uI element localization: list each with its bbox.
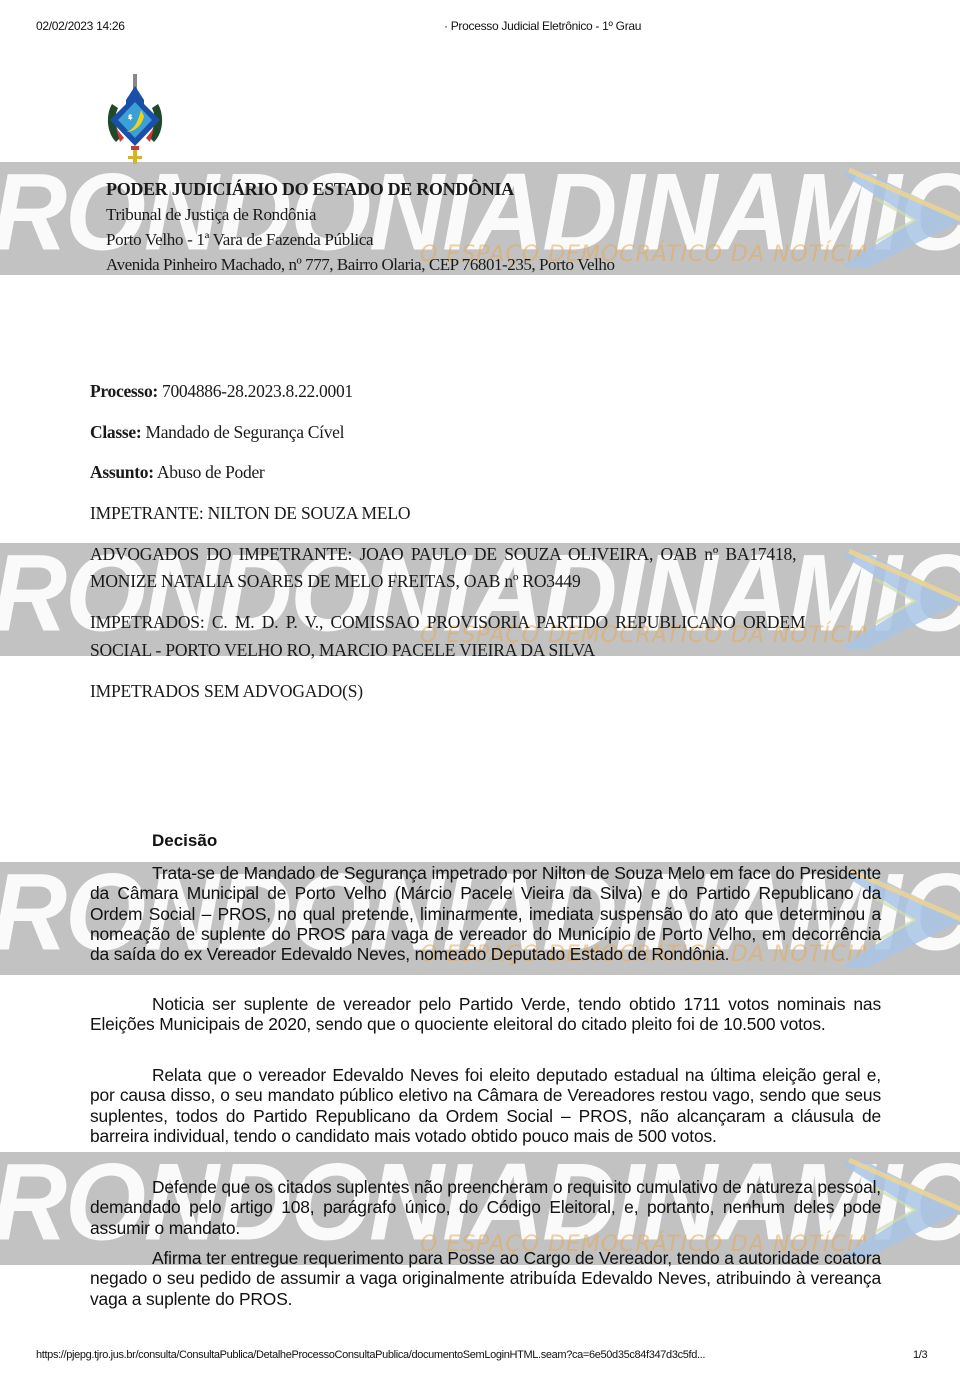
- court-name: PODER JUDICIÁRIO DO ESTADO DE RONDÔNIA: [106, 179, 514, 200]
- impetrante-line: IMPETRANTE: NILTON DE SOUZA MELO: [90, 503, 410, 524]
- court-address: Avenida Pinheiro Machado, nº 777, Bairro…: [106, 255, 615, 275]
- court-division: Porto Velho - 1ª Vara de Fazenda Pública: [106, 230, 373, 250]
- impetrados-line-2: SOCIAL - PORTO VELHO RO, MARCIO PACELE V…: [90, 640, 595, 661]
- tribunal-name: Tribunal de Justiça de Rondônia: [106, 205, 316, 225]
- decision-paragraph: Defende que os citados suplentes não pre…: [90, 1177, 881, 1238]
- classe-value: Mandado de Segurança Cível: [145, 422, 344, 442]
- impetrados-sem-advogado: IMPETRADOS SEM ADVOGADO(S): [90, 681, 363, 702]
- decision-title: Decisão: [152, 831, 217, 851]
- decision-paragraph: Noticia ser suplente de vereador pelo Pa…: [90, 994, 881, 1035]
- assunto-line: Assunto: Abuso de Poder: [90, 462, 264, 483]
- classe-line: Classe: Mandado de Segurança Cível: [90, 422, 344, 443]
- advogados-line-2: MONIZE NATALIA SOARES DE MELO FREITAS, O…: [90, 571, 581, 592]
- decision-paragraph: Relata que o vereador Edevaldo Neves foi…: [90, 1065, 881, 1146]
- processo-label: Processo:: [90, 381, 158, 401]
- decision-paragraph: Trata-se de Mandado de Segurança impetra…: [90, 863, 881, 964]
- classe-label: Classe:: [90, 422, 141, 442]
- rondonia-coat-of-arms-icon: [104, 74, 166, 166]
- assunto-value: Abuso de Poder: [157, 462, 265, 482]
- impetrados-line-1: IMPETRADOS: C. M. D. P. V., COMISSAO PRO…: [90, 612, 805, 633]
- assunto-label: Assunto:: [90, 462, 154, 482]
- processo-line: Processo: 7004886-28.2023.8.22.0001: [90, 381, 353, 402]
- decision-paragraph: Afirma ter entregue requerimento para Po…: [90, 1248, 881, 1309]
- processo-number: 7004886-28.2023.8.22.0001: [162, 381, 353, 401]
- advogados-line-1: ADVOGADOS DO IMPETRANTE: JOAO PAULO DE S…: [90, 544, 796, 565]
- document-page: PODER JUDICIÁRIO DO ESTADO DE RONDÔNIA T…: [0, 0, 960, 1378]
